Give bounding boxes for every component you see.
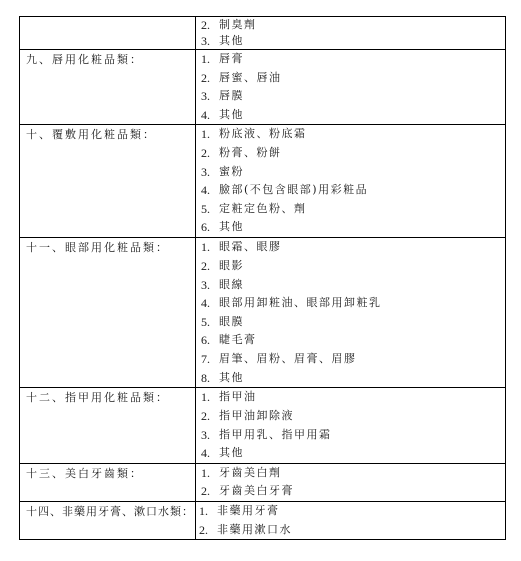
item-number: 6. bbox=[201, 218, 219, 237]
item-text: 定粧定色粉、劑 bbox=[219, 200, 307, 219]
list-item: 3.唇膜 bbox=[201, 87, 505, 106]
list-item: 2.牙齒美白牙膏 bbox=[201, 482, 505, 501]
item-number: 3. bbox=[201, 163, 219, 182]
item-number: 3. bbox=[201, 276, 219, 295]
table-row: 十一、眼部用化粧品類： 1.眼霜、眼膠 2.眼影 3.眼線 4.眼部用卸粧油、眼… bbox=[20, 238, 506, 388]
table-row: 十二、指甲用化粧品類： 1.指甲油 2.指甲油卸除液 3.指甲用乳、指甲用霜 4… bbox=[20, 388, 506, 463]
item-text: 眼線 bbox=[219, 276, 244, 295]
list-item: 1.粉底液、粉底霜 bbox=[201, 125, 505, 144]
items-cell: 1.非藥用牙膏 2.非藥用漱口水 bbox=[196, 501, 506, 539]
item-number: 4. bbox=[201, 181, 219, 200]
item-text: 其他 bbox=[219, 444, 244, 463]
item-text: 眉筆、眉粉、眉膏、眉膠 bbox=[219, 350, 357, 369]
list-item: 1.牙齒美白劑 bbox=[201, 464, 505, 483]
category-cell: 十、覆敷用化粧品類： bbox=[20, 125, 196, 238]
item-number: 1. bbox=[201, 464, 219, 483]
items-cell: 1.牙齒美白劑 2.牙齒美白牙膏 bbox=[196, 463, 506, 501]
list-item: 6.睫毛膏 bbox=[201, 331, 505, 350]
cosmetics-category-table: 2.制臭劑 3.其他 九、唇用化粧品類： 1.唇膏 2.唇蜜、唇油 3.唇膜 4… bbox=[19, 16, 506, 540]
item-number: 1. bbox=[201, 125, 219, 144]
list-item: 4.臉部(不包含眼部)用彩粧品 bbox=[201, 181, 505, 200]
item-number: 5. bbox=[201, 313, 219, 332]
list-item: 8.其他 bbox=[201, 369, 505, 388]
table-row: 十、覆敷用化粧品類： 1.粉底液、粉底霜 2.粉膏、粉餅 3.蜜粉 4.臉部(不… bbox=[20, 125, 506, 238]
list-item: 1.指甲油 bbox=[201, 388, 505, 407]
item-list: 1.指甲油 2.指甲油卸除液 3.指甲用乳、指甲用霜 4.其他 bbox=[196, 388, 505, 462]
item-list: 1.唇膏 2.唇蜜、唇油 3.唇膜 4.其他 bbox=[196, 50, 505, 124]
item-number: 8. bbox=[201, 369, 219, 388]
item-number: 3. bbox=[201, 87, 219, 106]
item-number: 1. bbox=[201, 50, 219, 69]
list-item: 2.指甲油卸除液 bbox=[201, 407, 505, 426]
category-cell bbox=[20, 17, 196, 50]
item-text: 臉部(不包含眼部)用彩粧品 bbox=[219, 181, 368, 200]
list-item: 3.蜜粉 bbox=[201, 163, 505, 182]
item-number: 2. bbox=[201, 482, 219, 501]
item-text: 非藥用牙膏 bbox=[217, 502, 280, 521]
list-item: 4.眼部用卸粧油、眼部用卸粧乳 bbox=[201, 294, 505, 313]
table-row: 九、唇用化粧品類： 1.唇膏 2.唇蜜、唇油 3.唇膜 4.其他 bbox=[20, 50, 506, 125]
item-text: 粉膏、粉餅 bbox=[219, 144, 282, 163]
list-item: 5.眼膜 bbox=[201, 313, 505, 332]
item-number: 4. bbox=[201, 294, 219, 313]
item-list: 1.牙齒美白劑 2.牙齒美白牙膏 bbox=[196, 464, 505, 501]
list-item: 5.定粧定色粉、劑 bbox=[201, 200, 505, 219]
item-number: 1. bbox=[201, 238, 219, 257]
item-text: 眼霜、眼膠 bbox=[219, 238, 282, 257]
item-text: 眼膜 bbox=[219, 313, 244, 332]
list-item: 2.粉膏、粉餅 bbox=[201, 144, 505, 163]
item-number: 1. bbox=[201, 388, 219, 407]
item-number: 6. bbox=[201, 331, 219, 350]
item-text: 其他 bbox=[219, 33, 244, 49]
table-row: 十四、非藥用牙膏、漱口水類： 1.非藥用牙膏 2.非藥用漱口水 bbox=[20, 501, 506, 539]
item-number: 2. bbox=[201, 69, 219, 88]
category-label: 十一、眼部用化粧品類： bbox=[20, 238, 195, 258]
items-cell: 1.眼霜、眼膠 2.眼影 3.眼線 4.眼部用卸粧油、眼部用卸粧乳 5.眼膜 6… bbox=[196, 238, 506, 388]
item-list: 1.粉底液、粉底霜 2.粉膏、粉餅 3.蜜粉 4.臉部(不包含眼部)用彩粧品 5… bbox=[196, 125, 505, 237]
item-number: 7. bbox=[201, 350, 219, 369]
category-cell: 十四、非藥用牙膏、漱口水類： bbox=[20, 501, 196, 539]
item-text: 粉底液、粉底霜 bbox=[219, 125, 307, 144]
items-cell: 2.制臭劑 3.其他 bbox=[196, 17, 506, 50]
item-text: 牙齒美白劑 bbox=[219, 464, 282, 483]
category-label: 十四、非藥用牙膏、漱口水類： bbox=[20, 502, 195, 522]
item-text: 指甲油卸除液 bbox=[219, 407, 294, 426]
item-text: 指甲用乳、指甲用霜 bbox=[219, 426, 332, 445]
list-item: 1.眼霜、眼膠 bbox=[201, 238, 505, 257]
item-text: 其他 bbox=[219, 369, 244, 388]
item-text: 非藥用漱口水 bbox=[217, 521, 292, 540]
item-number: 3. bbox=[201, 33, 219, 49]
item-text: 指甲油 bbox=[219, 388, 257, 407]
item-number: 3. bbox=[201, 426, 219, 445]
list-item: 3.指甲用乳、指甲用霜 bbox=[201, 426, 505, 445]
category-cell: 十二、指甲用化粧品類： bbox=[20, 388, 196, 463]
item-list: 1.非藥用牙膏 2.非藥用漱口水 bbox=[196, 502, 505, 539]
list-item: 4.其他 bbox=[201, 106, 505, 125]
category-label: 十二、指甲用化粧品類： bbox=[20, 388, 195, 408]
table-row: 十三、美白牙齒類： 1.牙齒美白劑 2.牙齒美白牙膏 bbox=[20, 463, 506, 501]
list-item: 2.非藥用漱口水 bbox=[199, 521, 505, 540]
item-text: 其他 bbox=[219, 218, 244, 237]
item-number: 4. bbox=[201, 444, 219, 463]
list-item: 4.其他 bbox=[201, 444, 505, 463]
item-list: 1.眼霜、眼膠 2.眼影 3.眼線 4.眼部用卸粧油、眼部用卸粧乳 5.眼膜 6… bbox=[196, 238, 505, 387]
items-cell: 1.唇膏 2.唇蜜、唇油 3.唇膜 4.其他 bbox=[196, 50, 506, 125]
items-cell: 1.指甲油 2.指甲油卸除液 3.指甲用乳、指甲用霜 4.其他 bbox=[196, 388, 506, 463]
item-text: 唇膜 bbox=[219, 87, 244, 106]
category-cell: 九、唇用化粧品類： bbox=[20, 50, 196, 125]
item-number: 4. bbox=[201, 106, 219, 125]
items-cell: 1.粉底液、粉底霜 2.粉膏、粉餅 3.蜜粉 4.臉部(不包含眼部)用彩粧品 5… bbox=[196, 125, 506, 238]
item-text: 眼影 bbox=[219, 257, 244, 276]
category-cell: 十三、美白牙齒類： bbox=[20, 463, 196, 501]
list-item: 2.唇蜜、唇油 bbox=[201, 69, 505, 88]
list-item: 1.非藥用牙膏 bbox=[199, 502, 505, 521]
category-cell: 十一、眼部用化粧品類： bbox=[20, 238, 196, 388]
list-item: 1.唇膏 bbox=[201, 50, 505, 69]
item-text: 眼部用卸粧油、眼部用卸粧乳 bbox=[219, 294, 382, 313]
list-item: 6.其他 bbox=[201, 218, 505, 237]
item-number: 2. bbox=[201, 144, 219, 163]
item-number: 2. bbox=[201, 407, 219, 426]
item-number: 5. bbox=[201, 200, 219, 219]
item-number: 2. bbox=[199, 521, 217, 540]
item-text: 唇蜜、唇油 bbox=[219, 69, 282, 88]
item-text: 睫毛膏 bbox=[219, 331, 257, 350]
list-item: 2.眼影 bbox=[201, 257, 505, 276]
category-label: 十、覆敷用化粧品類： bbox=[20, 125, 195, 145]
item-list: 2.制臭劑 3.其他 bbox=[196, 17, 505, 49]
item-text: 牙齒美白牙膏 bbox=[219, 482, 294, 501]
table-row: 2.制臭劑 3.其他 bbox=[20, 17, 506, 50]
item-text: 蜜粉 bbox=[219, 163, 244, 182]
list-item: 2.制臭劑 bbox=[201, 17, 505, 33]
item-number: 2. bbox=[201, 17, 219, 33]
category-label bbox=[20, 17, 195, 18]
item-number: 1. bbox=[199, 502, 217, 521]
item-text: 其他 bbox=[219, 106, 244, 125]
list-item: 3.其他 bbox=[201, 33, 505, 49]
category-label: 十三、美白牙齒類： bbox=[20, 464, 195, 484]
item-text: 制臭劑 bbox=[219, 17, 257, 33]
list-item: 3.眼線 bbox=[201, 276, 505, 295]
list-item: 7.眉筆、眉粉、眉膏、眉膠 bbox=[201, 350, 505, 369]
category-label: 九、唇用化粧品類： bbox=[20, 50, 195, 70]
item-number: 2. bbox=[201, 257, 219, 276]
item-text: 唇膏 bbox=[219, 50, 244, 69]
